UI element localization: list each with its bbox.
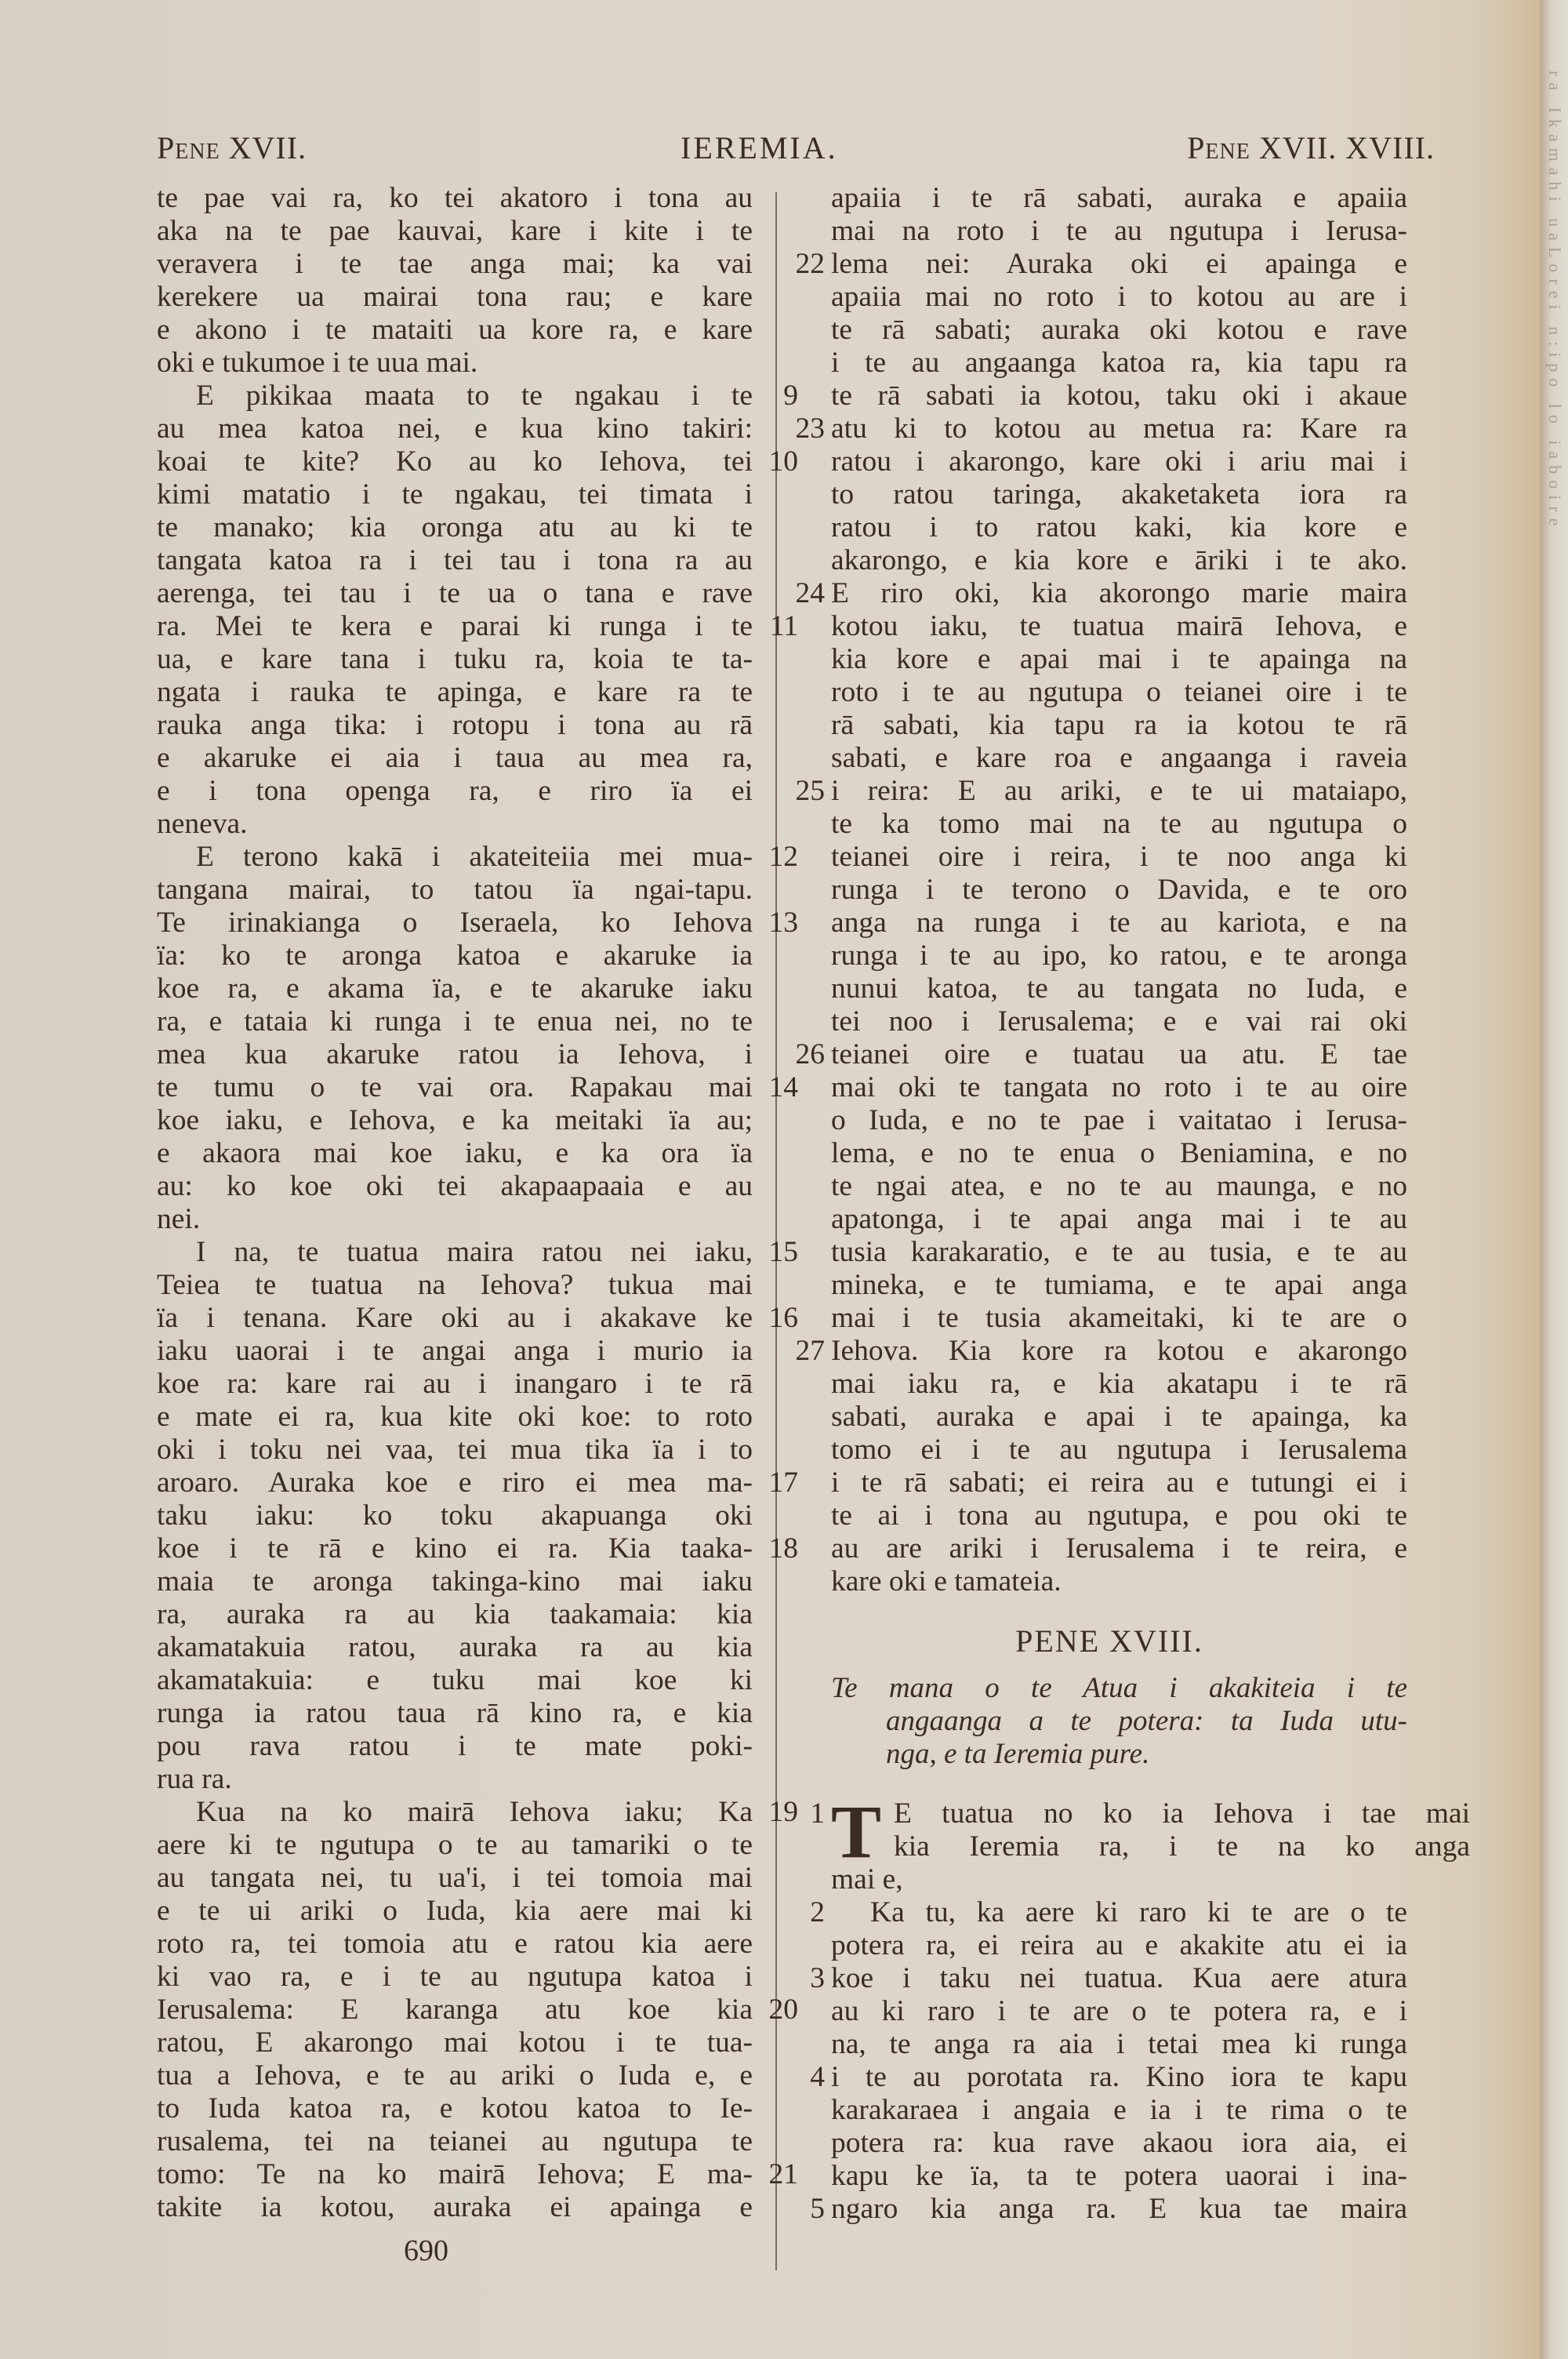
text-line: i te au porotata ra. Kino iora te kapu4 <box>784 2061 1435 2094</box>
text-line: ratou, E akarongo mai kotou i te tua- <box>157 2026 808 2059</box>
text-line: i te rā sabati; ei reira au e tutungi ei… <box>784 1467 1435 1499</box>
text-line: veravera i te tae anga mai; ka vai <box>157 248 808 281</box>
line-text: Ka tu, ka aere ki raro ki te are o te <box>831 1896 1407 1929</box>
line-text: roto ra, tei tomoia atu e ratou kia aere <box>157 1928 753 1961</box>
text-line: kia Ieremia ra, i te na ko anga <box>784 1830 1435 1863</box>
left-column: te pae vai ra, ko tei akatoro i tona aua… <box>157 182 808 2224</box>
line-text: pou rava ratou i te mate poki- <box>157 1730 753 1763</box>
line-text: aerenga, tei tau i te ua o tana e rave <box>157 577 753 610</box>
line-text: koe ra: kare rai au i inangaro i te rā <box>157 1368 753 1401</box>
line-text: kia kore e apai mai i te apainga na <box>831 643 1407 676</box>
line-text: E riro oki, kia akorongo marie maira <box>831 577 1407 610</box>
line-text: veravera i te tae anga mai; ka vai <box>157 248 753 281</box>
verse-number: 26 <box>784 1038 825 1071</box>
line-text: sabati, auraka e apai i te apainga, ka <box>831 1401 1407 1434</box>
line-text: teianei oire e tuatau ua atu. E tae <box>831 1038 1407 1071</box>
text-line: aere ki te ngutupa o te au tamariki o te <box>157 1829 808 1862</box>
line-text: maia te aronga takinga-kino mai iaku <box>157 1565 753 1598</box>
text-line: aroaro. Auraka koe e riro ei mea ma-17 <box>157 1467 808 1499</box>
text-line: te rā sabati; auraka oki kotou e rave <box>784 314 1435 347</box>
text-line: au ki raro i te are o te potera ra, e i <box>784 1995 1435 2028</box>
line-text: mineka, e te tumiama, e te apai anga <box>831 1269 1407 1302</box>
text-line: kia kore e apai mai i te apainga na <box>784 643 1435 676</box>
line-text: aka na te pae kauvai, kare i kite i te <box>157 215 753 248</box>
line-text: e akaruke ei aia i taua au mea ra, <box>157 742 753 775</box>
line-text: anga na runga i te au kariota, e na <box>831 907 1407 940</box>
text-line: karakaraea i angaia e ia i te rima o te <box>784 2094 1435 2127</box>
text-line: ra, e tataia ki runga i te enua nei, no … <box>157 1005 808 1038</box>
text-line: te ngai atea, e no te au maunga, e no <box>784 1170 1435 1203</box>
line-text: nei. <box>157 1203 753 1236</box>
verse-number: 25 <box>784 775 825 808</box>
line-text: e i tona openga ra, e riro ïa ei <box>157 775 753 808</box>
text-line: i te au angaanga katoa ra, kia tapu ra <box>784 347 1435 380</box>
text-line: I na, te tuatua maira ratou nei iaku,15 <box>157 1236 808 1269</box>
line-text: takite ia kotou, auraka ei apainga e <box>157 2191 753 2224</box>
text-line: akamatakuia: e tuku mai koe ki <box>157 1664 808 1697</box>
chapter-17-continuation: apaiia i te rā sabati, auraka e apaiiama… <box>784 182 1435 1598</box>
text-line: te pae vai ra, ko tei akatoro i tona au <box>157 182 808 215</box>
line-text: ngaro kia anga ra. E kua tae maira <box>831 2193 1407 2226</box>
text-line: mai i te tusia akameitaki, ki te are o <box>784 1302 1435 1335</box>
line-text: mea kua akaruke ratou ia Iehova, i <box>157 1038 753 1071</box>
line-text: oki i toku nei vaa, tei mua tika ïa i to <box>157 1434 753 1467</box>
text-line: tei noo i Ierusalema; e e vai rai oki <box>784 1005 1435 1038</box>
line-text: runga ia ratou taua rā kino ra, e kia <box>157 1697 753 1730</box>
line-text: e mate ei ra, kua kite oki koe: to roto <box>157 1401 753 1434</box>
header-right: Pene XVII. XVIII. <box>1187 129 1435 166</box>
verse-number: 22 <box>784 248 825 281</box>
line-text: au ki raro i te are o te potera ra, e i <box>831 1995 1407 2028</box>
text-line: sabati, auraka e apai i te apainga, ka <box>784 1401 1435 1434</box>
line-text: te tumu o te vai ora. Rapakau mai <box>157 1071 753 1104</box>
line-text: ratou i akarongo, kare oki i ariu mai i <box>831 445 1407 478</box>
line-text: atu ki to kotou au metua ra: Kare ra <box>831 413 1407 445</box>
text-line: apatonga, i te apai anga mai i te au <box>784 1203 1435 1236</box>
text-line: E riro oki, kia akorongo marie maira24 <box>784 577 1435 610</box>
line-text: akarongo, e kia kore e āriki i te ako. <box>831 544 1407 577</box>
text-line: au mea katoa nei, e kua kino takiri: <box>157 413 808 445</box>
verse-number: 2 <box>784 1896 825 1929</box>
line-text: runga i te terono o Davida, e te oro <box>831 874 1407 907</box>
text-line: au tangata nei, tu ua'i, i tei tomoia ma… <box>157 1862 808 1895</box>
line-text: kotou iaku, te tuatua mairā Iehova, e <box>831 610 1407 643</box>
line-text: akamatakuia ratou, auraka ra au kia <box>157 1631 753 1664</box>
line-text: ra, auraka ra au kia taakamaia: kia <box>157 1598 753 1631</box>
header-book-title: IEREMIA. <box>681 129 838 166</box>
text-line: e i tona openga ra, e riro ïa ei <box>157 775 808 808</box>
line-text: au tangata nei, tu ua'i, i tei tomoia ma… <box>157 1862 753 1895</box>
text-line: E tuatua no ko ia Iehova i tae mai1 <box>784 1797 1435 1830</box>
text-line: o Iuda, e no te pae i vaitatao i Ierusa- <box>784 1104 1435 1137</box>
line-text: au mea katoa nei, e kua kino takiri: <box>157 413 753 445</box>
text-line: Ka tu, ka aere ki raro ki te are o te2 <box>784 1896 1435 1929</box>
text-line: runga i te au ipo, ko ratou, e te aronga <box>784 940 1435 972</box>
line-text: tei noo i Ierusalema; e e vai rai oki <box>831 1005 1407 1038</box>
text-line: aerenga, tei tau i te ua o tana e rave <box>157 577 808 610</box>
text-line: te ka tomo mai na te au ngutupa o <box>784 808 1435 841</box>
line-text: ua, e kare tana i tuku ra, koia te ta- <box>157 643 753 676</box>
line-text: kapu ke ïa, ta te potera uaorai i ina- <box>831 2160 1407 2193</box>
line-text: iaku uaorai i te angai anga i murio ia <box>157 1335 753 1368</box>
text-line: rusalema, tei na teianei au ngutupa te <box>157 2125 808 2158</box>
line-text: koe i taku nei tuatua. Kua aere atura <box>831 1962 1407 1995</box>
text-line: potera ra, ei reira au e akakite atu ei … <box>784 1929 1435 1962</box>
text-line: tusia karakaratio, e te au tusia, e te a… <box>784 1236 1435 1269</box>
line-text: koe iaku, e Iehova, e ka meitaki ïa au; <box>157 1104 753 1137</box>
line-text: kimi matatio i te ngakau, tei timata i <box>157 478 753 511</box>
text-line: ngaro kia anga ra. E kua tae maira5 <box>784 2193 1435 2226</box>
line-text: teianei oire i reira, i te noo anga ki <box>831 841 1407 874</box>
line-text: ki vao ra, e i te au ngutupa katoa i <box>157 1961 753 1994</box>
text-line: na, te anga ra aia i tetai mea ki runga <box>784 2028 1435 2061</box>
line-text: tusia karakaratio, e te au tusia, e te a… <box>831 1236 1407 1269</box>
text-line: Ierusalema: E karanga atu koe kia20 <box>157 1994 808 2026</box>
text-line: ïa i tenana. Kare oki au i akakave ke16 <box>157 1302 808 1335</box>
right-column: apaiia i te rā sabati, auraka e apaiiama… <box>784 182 1435 2226</box>
text-line: nunui katoa, te au tangata no Iuda, e <box>784 972 1435 1005</box>
text-line: e akono i te mataiti ua kore ra, e kare <box>157 314 808 347</box>
line-text: te ai i tona au ngutupa, e pou oki te <box>831 1499 1407 1532</box>
text-line: lema nei: Auraka oki ei apainga e22 <box>784 248 1435 281</box>
text-line: to ratou taringa, akaketaketa iora ra <box>784 478 1435 511</box>
line-text: o Iuda, e no te pae i vaitatao i Ierusa- <box>831 1104 1407 1137</box>
text-line: kotou iaku, te tuatua mairā Iehova, e <box>784 610 1435 643</box>
text-line: E terono kakā i akateiteiia mei mua-12 <box>157 841 808 874</box>
verse-number: 5 <box>784 2193 825 2226</box>
text-line: rua ra. <box>157 1763 808 1796</box>
text-line: to Iuda katoa ra, e kotou katoa to Ie- <box>157 2092 808 2125</box>
text-line: teianei oire e tuatau ua atu. E tae26 <box>784 1038 1435 1071</box>
line-text: rusalema, tei na teianei au ngutupa te <box>157 2125 753 2158</box>
text-line: neneva. <box>157 808 808 841</box>
line-text: tomo: Te na ko mairā Iehova; E ma- <box>157 2158 753 2191</box>
text-line: te manako; kia oronga atu au ki te <box>157 511 808 544</box>
text-line: ratou i to ratou kaki, kia kore e <box>784 511 1435 544</box>
line-text: nunui katoa, te au tangata no Iuda, e <box>831 972 1407 1005</box>
line-text: apaiia i te rā sabati, auraka e apaiia <box>831 182 1407 215</box>
line-text: koai te kite? Ko au ko Iehova, tei <box>157 445 753 478</box>
text-line: roto ra, tei tomoia atu e ratou kia aere <box>157 1928 808 1961</box>
chapter-summary: Te mana o te Atua i akakiteia i teangaan… <box>831 1672 1407 1771</box>
text-line: e akaruke ei aia i taua au mea ra, <box>157 742 808 775</box>
line-text: i te au angaanga katoa ra, kia tapu ra <box>831 347 1407 380</box>
line-text: Te irinakianga o Iseraela, ko Iehova <box>157 907 753 940</box>
line-text: apaiia mai no roto i to kotou au are i <box>831 281 1407 314</box>
summary-line: angaanga a te potera: ta Iuda utu- <box>831 1705 1407 1738</box>
text-line: apaiia mai no roto i to kotou au are i <box>784 281 1435 314</box>
line-text: taku iaku: ko toku akapuanga oki <box>157 1499 753 1532</box>
text-line: mai na roto i te au ngutupa i Ierusa- <box>784 215 1435 248</box>
line-text: E pikikaa maata to te ngakau i te <box>157 380 753 413</box>
line-text: i reira: E au ariki, e te ui mataiapo, <box>831 775 1407 808</box>
line-text: to ratou taringa, akaketaketa iora ra <box>831 478 1407 511</box>
line-text: Kua na ko mairā Iehova iaku; Ka <box>157 1796 753 1829</box>
text-line: au: ko koe oki tei akapaapaaia e au <box>157 1170 808 1203</box>
line-text: kare oki e tamateia. <box>831 1565 1407 1598</box>
text-line: Iehova. Kia kore ra kotou e akarongo27 <box>784 1335 1435 1368</box>
line-text: ra, e tataia ki runga i te enua nei, no … <box>157 1005 753 1038</box>
line-text: mai iaku ra, e kia akatapu i te rā <box>831 1368 1407 1401</box>
line-text: Iehova. Kia kore ra kotou e akarongo <box>831 1335 1407 1368</box>
line-text: ïa: ko te aronga katoa e akaruke ia <box>157 940 753 972</box>
line-text: runga i te au ipo, ko ratou, e te aronga <box>831 940 1407 972</box>
line-text: E terono kakā i akateiteiia mei mua- <box>157 841 753 874</box>
verse-number: 1 <box>784 1797 825 1830</box>
line-text: tangana mairai, to tatou ïa ngai-tapu. <box>157 874 753 907</box>
text-line: e mate ei ra, kua kite oki koe: to roto <box>157 1401 808 1434</box>
line-text: lema, e no te enua o Beniamina, e no <box>831 1137 1407 1170</box>
text-line: au are ariki i Ierusalema i te reira, e <box>784 1532 1435 1565</box>
line-text: tomo ei i te au ngutupa i Ierusalema <box>831 1434 1407 1467</box>
text-line: ra. Mei te kera e parai ki runga i te11 <box>157 610 808 643</box>
text-line: iaku uaorai i te angai anga i murio ia <box>157 1335 808 1368</box>
text-line: Kua na ko mairā Iehova iaku; Ka19 <box>157 1796 808 1829</box>
text-line: runga ia ratou taua rā kino ra, e kia <box>157 1697 808 1730</box>
text-line: mineka, e te tumiama, e te apai anga <box>784 1269 1435 1302</box>
text-line: kapu ke ïa, ta te potera uaorai i ina- <box>784 2160 1435 2193</box>
line-text: au: ko koe oki tei akapaapaaia e au <box>157 1170 753 1203</box>
verse-number: 3 <box>784 1962 825 1995</box>
text-line: mai oki te tangata no roto i te au oire <box>784 1071 1435 1104</box>
line-text: kia Ieremia ra, i te na ko anga <box>831 1830 1470 1863</box>
text-line: takite ia kotou, auraka ei apainga e <box>157 2191 808 2224</box>
verse-number: 27 <box>784 1335 825 1368</box>
text-line: E pikikaa maata to te ngakau i te9 <box>157 380 808 413</box>
line-text: i te rā sabati; ei reira au e tutungi ei… <box>831 1467 1407 1499</box>
line-text: I na, te tuatua maira ratou nei iaku, <box>157 1236 753 1269</box>
line-text: te rā sabati ia kotou, taku oki i akaue <box>831 380 1407 413</box>
text-line: ua, e kare tana i tuku ra, koia te ta- <box>157 643 808 676</box>
text-line: koe i taku nei tuatua. Kua aere atura3 <box>784 1962 1435 1995</box>
line-text: i te au porotata ra. Kino iora te kapu <box>831 2061 1407 2094</box>
text-line: anga na runga i te au kariota, e na <box>784 907 1435 940</box>
line-text: kerekere ua mairai tona rau; e kare <box>157 281 753 314</box>
text-line: atu ki to kotou au metua ra: Kare ra23 <box>784 413 1435 445</box>
line-text: roto i te au ngutupa o teianei oire i te <box>831 676 1407 709</box>
book-page: Pene XVII. IEREMIA. Pene XVII. XVIII. te… <box>0 0 1548 2359</box>
text-line: kare oki e tamateia. <box>784 1565 1435 1598</box>
line-text: tangata katoa ra i tei tau i tona ra au <box>157 544 753 577</box>
text-line: teianei oire i reira, i te noo anga ki <box>784 841 1435 874</box>
text-line: koe ra: kare rai au i inangaro i te rā <box>157 1368 808 1401</box>
line-text: akamatakuia: e tuku mai koe ki <box>157 1664 753 1697</box>
text-line: ïa: ko te aronga katoa e akaruke ia <box>157 940 808 972</box>
adjacent-page-text: ra Ikamahi uaLorei n:ipo lo iaboire <box>1544 71 1565 533</box>
page-number: 690 <box>404 2234 448 2268</box>
verse-number: 23 <box>784 413 825 445</box>
text-line: koe ra, e akama ïa, e te akaruke iaku <box>157 972 808 1005</box>
line-text: te rā sabati; auraka oki kotou e rave <box>831 314 1407 347</box>
text-line: ratou i akarongo, kare oki i ariu mai i <box>784 445 1435 478</box>
line-text: mai oki te tangata no roto i te au oire <box>831 1071 1407 1104</box>
line-text: potera ra, ei reira au e akakite atu ei … <box>831 1929 1407 1962</box>
line-text: Teiea te tuatua na Iehova? tukua mai <box>157 1269 753 1302</box>
text-line: rā sabati, kia tapu ra ia kotou te rā <box>784 709 1435 742</box>
line-text: e akono i te mataiti ua kore ra, e kare <box>157 314 753 347</box>
text-line: tangana mairai, to tatou ïa ngai-tapu. <box>157 874 808 907</box>
verse-number: 4 <box>784 2061 825 2094</box>
text-line: i reira: E au ariki, e te ui mataiapo,25 <box>784 775 1435 808</box>
text-line: nei. <box>157 1203 808 1236</box>
text-line: koe iaku, e Iehova, e ka meitaki ïa au; <box>157 1104 808 1137</box>
text-line: sabati, e kare roa e angaanga i raveia <box>784 742 1435 775</box>
text-line: e te ui ariki o Iuda, kia aere mai ki <box>157 1895 808 1928</box>
text-line: ki vao ra, e i te au ngutupa katoa i <box>157 1961 808 1994</box>
text-line: te rā sabati ia kotou, taku oki i akaue <box>784 380 1435 413</box>
line-text: e te ui ariki o Iuda, kia aere mai ki <box>157 1895 753 1928</box>
line-text: koe i te rā e kino ei ra. Kia taaka- <box>157 1532 753 1565</box>
line-text: ra. Mei te kera e parai ki runga i te <box>157 610 753 643</box>
text-line: taku iaku: ko toku akapuanga oki <box>157 1499 808 1532</box>
text-line: rauka anga tika: i rotopu i tona au rā <box>157 709 808 742</box>
line-text: ratou i to ratou kaki, kia kore e <box>831 511 1407 544</box>
line-text: te pae vai ra, ko tei akatoro i tona au <box>157 182 753 215</box>
text-line: mai iaku ra, e kia akatapu i te rā <box>784 1368 1435 1401</box>
line-text: tua a Iehova, e te au ariki o Iuda e, e <box>157 2059 753 2092</box>
text-line: te ai i tona au ngutupa, e pou oki te <box>784 1499 1435 1532</box>
text-line: Te irinakianga o Iseraela, ko Iehova13 <box>157 907 808 940</box>
chapter-heading: PENE XVIII. <box>784 1625 1435 1672</box>
line-text: mai na roto i te au ngutupa i Ierusa- <box>831 215 1407 248</box>
line-text: apatonga, i te apai anga mai i te au <box>831 1203 1407 1236</box>
text-line: akamatakuia ratou, auraka ra au kia <box>157 1631 808 1664</box>
text-line: aka na te pae kauvai, kare i kite i te <box>157 215 808 248</box>
line-text: to Iuda katoa ra, e kotou katoa to Ie- <box>157 2092 753 2125</box>
text-line: maia te aronga takinga-kino mai iaku <box>157 1565 808 1598</box>
line-text: e akaora mai koe iaku, e ka ora ïa <box>157 1137 753 1170</box>
line-text: mai e, <box>831 1863 1407 1896</box>
line-text: koe ra, e akama ïa, e te akaruke iaku <box>157 972 753 1005</box>
line-text: te ka tomo mai na te au ngutupa o <box>831 808 1407 841</box>
text-line: oki e tukumoe i te uua mai. <box>157 347 808 380</box>
text-line: koai te kite? Ko au ko Iehova, tei10 <box>157 445 808 478</box>
summary-line: Te mana o te Atua i akakiteia i te <box>831 1672 1407 1705</box>
line-text: oki e tukumoe i te uua mai. <box>157 347 753 380</box>
text-line: te tumu o te vai ora. Rapakau mai14 <box>157 1071 808 1104</box>
header-left: Pene XVII. <box>157 129 307 166</box>
verse-number: 24 <box>784 577 825 610</box>
line-text: au are ariki i Ierusalema i te reira, e <box>831 1532 1407 1565</box>
line-text: aere ki te ngutupa o te au tamariki o te <box>157 1829 753 1862</box>
text-line: roto i te au ngutupa o teianei oire i te <box>784 676 1435 709</box>
text-line: e akaora mai koe iaku, e ka ora ïa <box>157 1137 808 1170</box>
line-text: aroaro. Auraka koe e riro ei mea ma- <box>157 1467 753 1499</box>
line-text: ratou, E akarongo mai kotou i te tua- <box>157 2026 753 2059</box>
text-line: tomo ei i te au ngutupa i Ierusalema <box>784 1434 1435 1467</box>
text-line: mai e, <box>784 1863 1435 1896</box>
adjacent-page-edge: ra Ikamahi uaLorei n:ipo lo iaboire <box>1540 0 1568 2359</box>
running-header: Pene XVII. IEREMIA. Pene XVII. XVIII. <box>157 129 1435 169</box>
line-text: ïa i tenana. Kare oki au i akakave ke <box>157 1302 753 1335</box>
line-text: rā sabati, kia tapu ra ia kotou te rā <box>831 709 1407 742</box>
line-text: karakaraea i angaia e ia i te rima o te <box>831 2094 1407 2127</box>
line-text: na, te anga ra aia i tetai mea ki runga <box>831 2028 1407 2061</box>
text-line: lema, e no te enua o Beniamina, e no <box>784 1137 1435 1170</box>
text-line: mea kua akaruke ratou ia Iehova, i <box>157 1038 808 1071</box>
text-line: runga i te terono o Davida, e te oro <box>784 874 1435 907</box>
text-line: tangata katoa ra i tei tau i tona ra au <box>157 544 808 577</box>
text-line: ngata i rauka te apinga, e kare ra te <box>157 676 808 709</box>
text-line: apaiia i te rā sabati, auraka e apaiia <box>784 182 1435 215</box>
text-line: akarongo, e kia kore e āriki i te ako. <box>784 544 1435 577</box>
text-line: kerekere ua mairai tona rau; e kare <box>157 281 808 314</box>
line-text: Ierusalema: E karanga atu koe kia <box>157 1994 753 2026</box>
line-text: mai i te tusia akameitaki, ki te are o <box>831 1302 1407 1335</box>
summary-line: nga, e ta Ieremia pure. <box>831 1738 1407 1771</box>
text-line: koe i te rā e kino ei ra. Kia taaka-18 <box>157 1532 808 1565</box>
chapter-18-text: T E tuatua no ko ia Iehova i tae mai1kia… <box>784 1797 1435 2226</box>
line-text: E tuatua no ko ia Iehova i tae mai <box>831 1797 1470 1830</box>
line-text: potera ra: kua rave akaou iora aia, ei <box>831 2127 1407 2160</box>
text-line: potera ra: kua rave akaou iora aia, ei <box>784 2127 1435 2160</box>
text-line: oki i toku nei vaa, tei mua tika ïa i to <box>157 1434 808 1467</box>
line-text: ngata i rauka te apinga, e kare ra te <box>157 676 753 709</box>
line-text: rauka anga tika: i rotopu i tona au rā <box>157 709 753 742</box>
line-text: rua ra. <box>157 1763 753 1796</box>
line-text: te manako; kia oronga atu au ki te <box>157 511 753 544</box>
line-text: sabati, e kare roa e angaanga i raveia <box>831 742 1407 775</box>
line-text: lema nei: Auraka oki ei apainga e <box>831 248 1407 281</box>
text-line: pou rava ratou i te mate poki- <box>157 1730 808 1763</box>
line-text: neneva. <box>157 808 753 841</box>
text-line: tomo: Te na ko mairā Iehova; E ma-21 <box>157 2158 808 2191</box>
line-text: te ngai atea, e no te au maunga, e no <box>831 1170 1407 1203</box>
text-line: kimi matatio i te ngakau, tei timata i <box>157 478 808 511</box>
text-line: ra, auraka ra au kia taakamaia: kia <box>157 1598 808 1631</box>
text-line: tua a Iehova, e te au ariki o Iuda e, e <box>157 2059 808 2092</box>
text-line: Teiea te tuatua na Iehova? tukua mai <box>157 1269 808 1302</box>
